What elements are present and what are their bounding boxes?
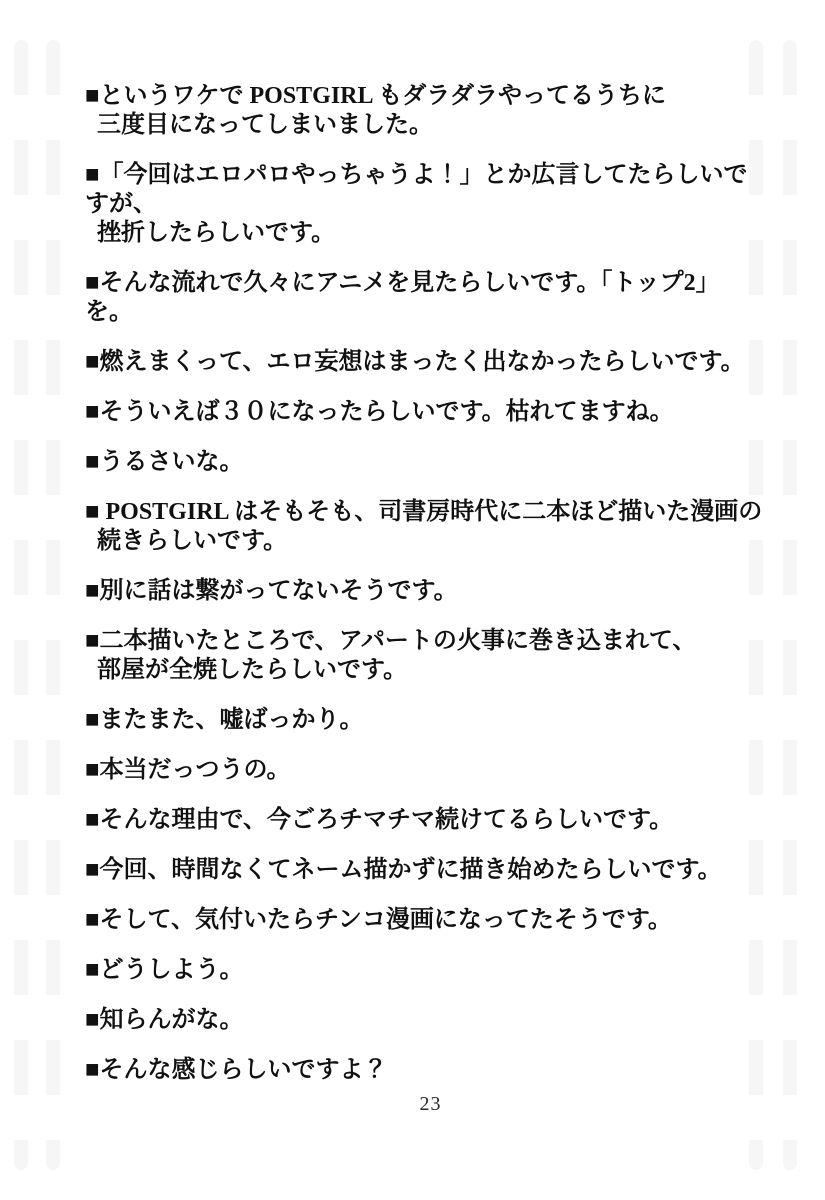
bullet-paragraph: ■ POSTGIRL はそもそも、司書房時代に二本ほど描いた漫画の 続きらしいで… (85, 498, 765, 556)
scan-ghost-artifact-left-outer (14, 40, 28, 1170)
text-line: ■またまた、嘘ばっかり。 (85, 706, 765, 735)
bullet-paragraph: ■うるさいな。 (85, 448, 765, 477)
bullet-paragraph: ■燃えまくって、エロ妄想はまったく出なかったらしいです。 (85, 348, 765, 377)
scan-ghost-artifact-left-inner (46, 40, 60, 1170)
afterword-text-block: ■というワケで POSTGIRL もダラダラやってるうちに 三度目になってしまい… (85, 82, 765, 1106)
scanned-afterword-page: ■というワケで POSTGIRL もダラダラやってるうちに 三度目になってしまい… (0, 0, 825, 1200)
bullet-paragraph: ■そして、気付いたらチンコ漫画になってたそうです。 (85, 906, 765, 935)
bullet-paragraph: ■「今回はエロパロやっちゃうよ！」とか広言してたらしいですが、 挫折したらしいで… (85, 161, 765, 248)
text-line-wrapped: 続きらしいです。 (97, 527, 765, 556)
bullet-paragraph: ■今回、時間なくてネーム描かずに描き始めたらしいです。 (85, 856, 765, 885)
bullet-paragraph: ■そういえば３０になったらしいです。枯れてますね。 (85, 398, 765, 427)
text-line-wrapped: 挫折したらしいです。 (97, 219, 765, 248)
text-line: ■「今回はエロパロやっちゃうよ！」とか広言してたらしいですが、 (85, 161, 765, 219)
text-line: ■本当だっつうの。 (85, 756, 765, 785)
page-footer: 23 (18, 1093, 825, 1116)
bullet-paragraph: ■二本描いたところで、アパートの火事に巻き込まれて、 部屋が全焼したらしいです。 (85, 627, 765, 685)
text-line: ■ POSTGIRL はそもそも、司書房時代に二本ほど描いた漫画の (85, 498, 765, 527)
text-line: ■知らんがな。 (85, 1006, 765, 1035)
text-line: ■今回、時間なくてネーム描かずに描き始めたらしいです。 (85, 856, 765, 885)
text-line: ■そんな流れで久々にアニメを見たらしいです。「トップ2」を。 (85, 269, 765, 327)
bullet-paragraph: ■知らんがな。 (85, 1006, 765, 1035)
text-line: ■別に話は繋がってないそうです。 (85, 577, 765, 606)
scan-ghost-artifact-right-outer (783, 40, 797, 1170)
bullet-paragraph: ■そんな流れで久々にアニメを見たらしいです。「トップ2」を。 (85, 269, 765, 327)
bullet-paragraph: ■そんな感じらしいですよ？ (85, 1056, 765, 1085)
bullet-paragraph: ■別に話は繋がってないそうです。 (85, 577, 765, 606)
text-line: ■どうしよう。 (85, 956, 765, 985)
text-line-wrapped: 部屋が全焼したらしいです。 (97, 656, 765, 685)
bullet-paragraph: ■そんな理由で、今ごろチマチマ続けてるらしいです。 (85, 806, 765, 835)
text-line: ■そういえば３０になったらしいです。枯れてますね。 (85, 398, 765, 427)
page-number: 23 (420, 1093, 442, 1115)
text-line: ■うるさいな。 (85, 448, 765, 477)
text-line: ■というワケで POSTGIRL もダラダラやってるうちに (85, 82, 765, 111)
bullet-paragraph: ■どうしよう。 (85, 956, 765, 985)
text-line: ■二本描いたところで、アパートの火事に巻き込まれて、 (85, 627, 765, 656)
bullet-paragraph: ■本当だっつうの。 (85, 756, 765, 785)
bullet-paragraph: ■というワケで POSTGIRL もダラダラやってるうちに 三度目になってしまい… (85, 82, 765, 140)
bullet-paragraph: ■またまた、嘘ばっかり。 (85, 706, 765, 735)
text-line: ■そんな感じらしいですよ？ (85, 1056, 765, 1085)
text-line: ■そんな理由で、今ごろチマチマ続けてるらしいです。 (85, 806, 765, 835)
text-line-wrapped: 三度目になってしまいました。 (97, 111, 765, 140)
text-line: ■そして、気付いたらチンコ漫画になってたそうです。 (85, 906, 765, 935)
text-line: ■燃えまくって、エロ妄想はまったく出なかったらしいです。 (85, 348, 765, 377)
